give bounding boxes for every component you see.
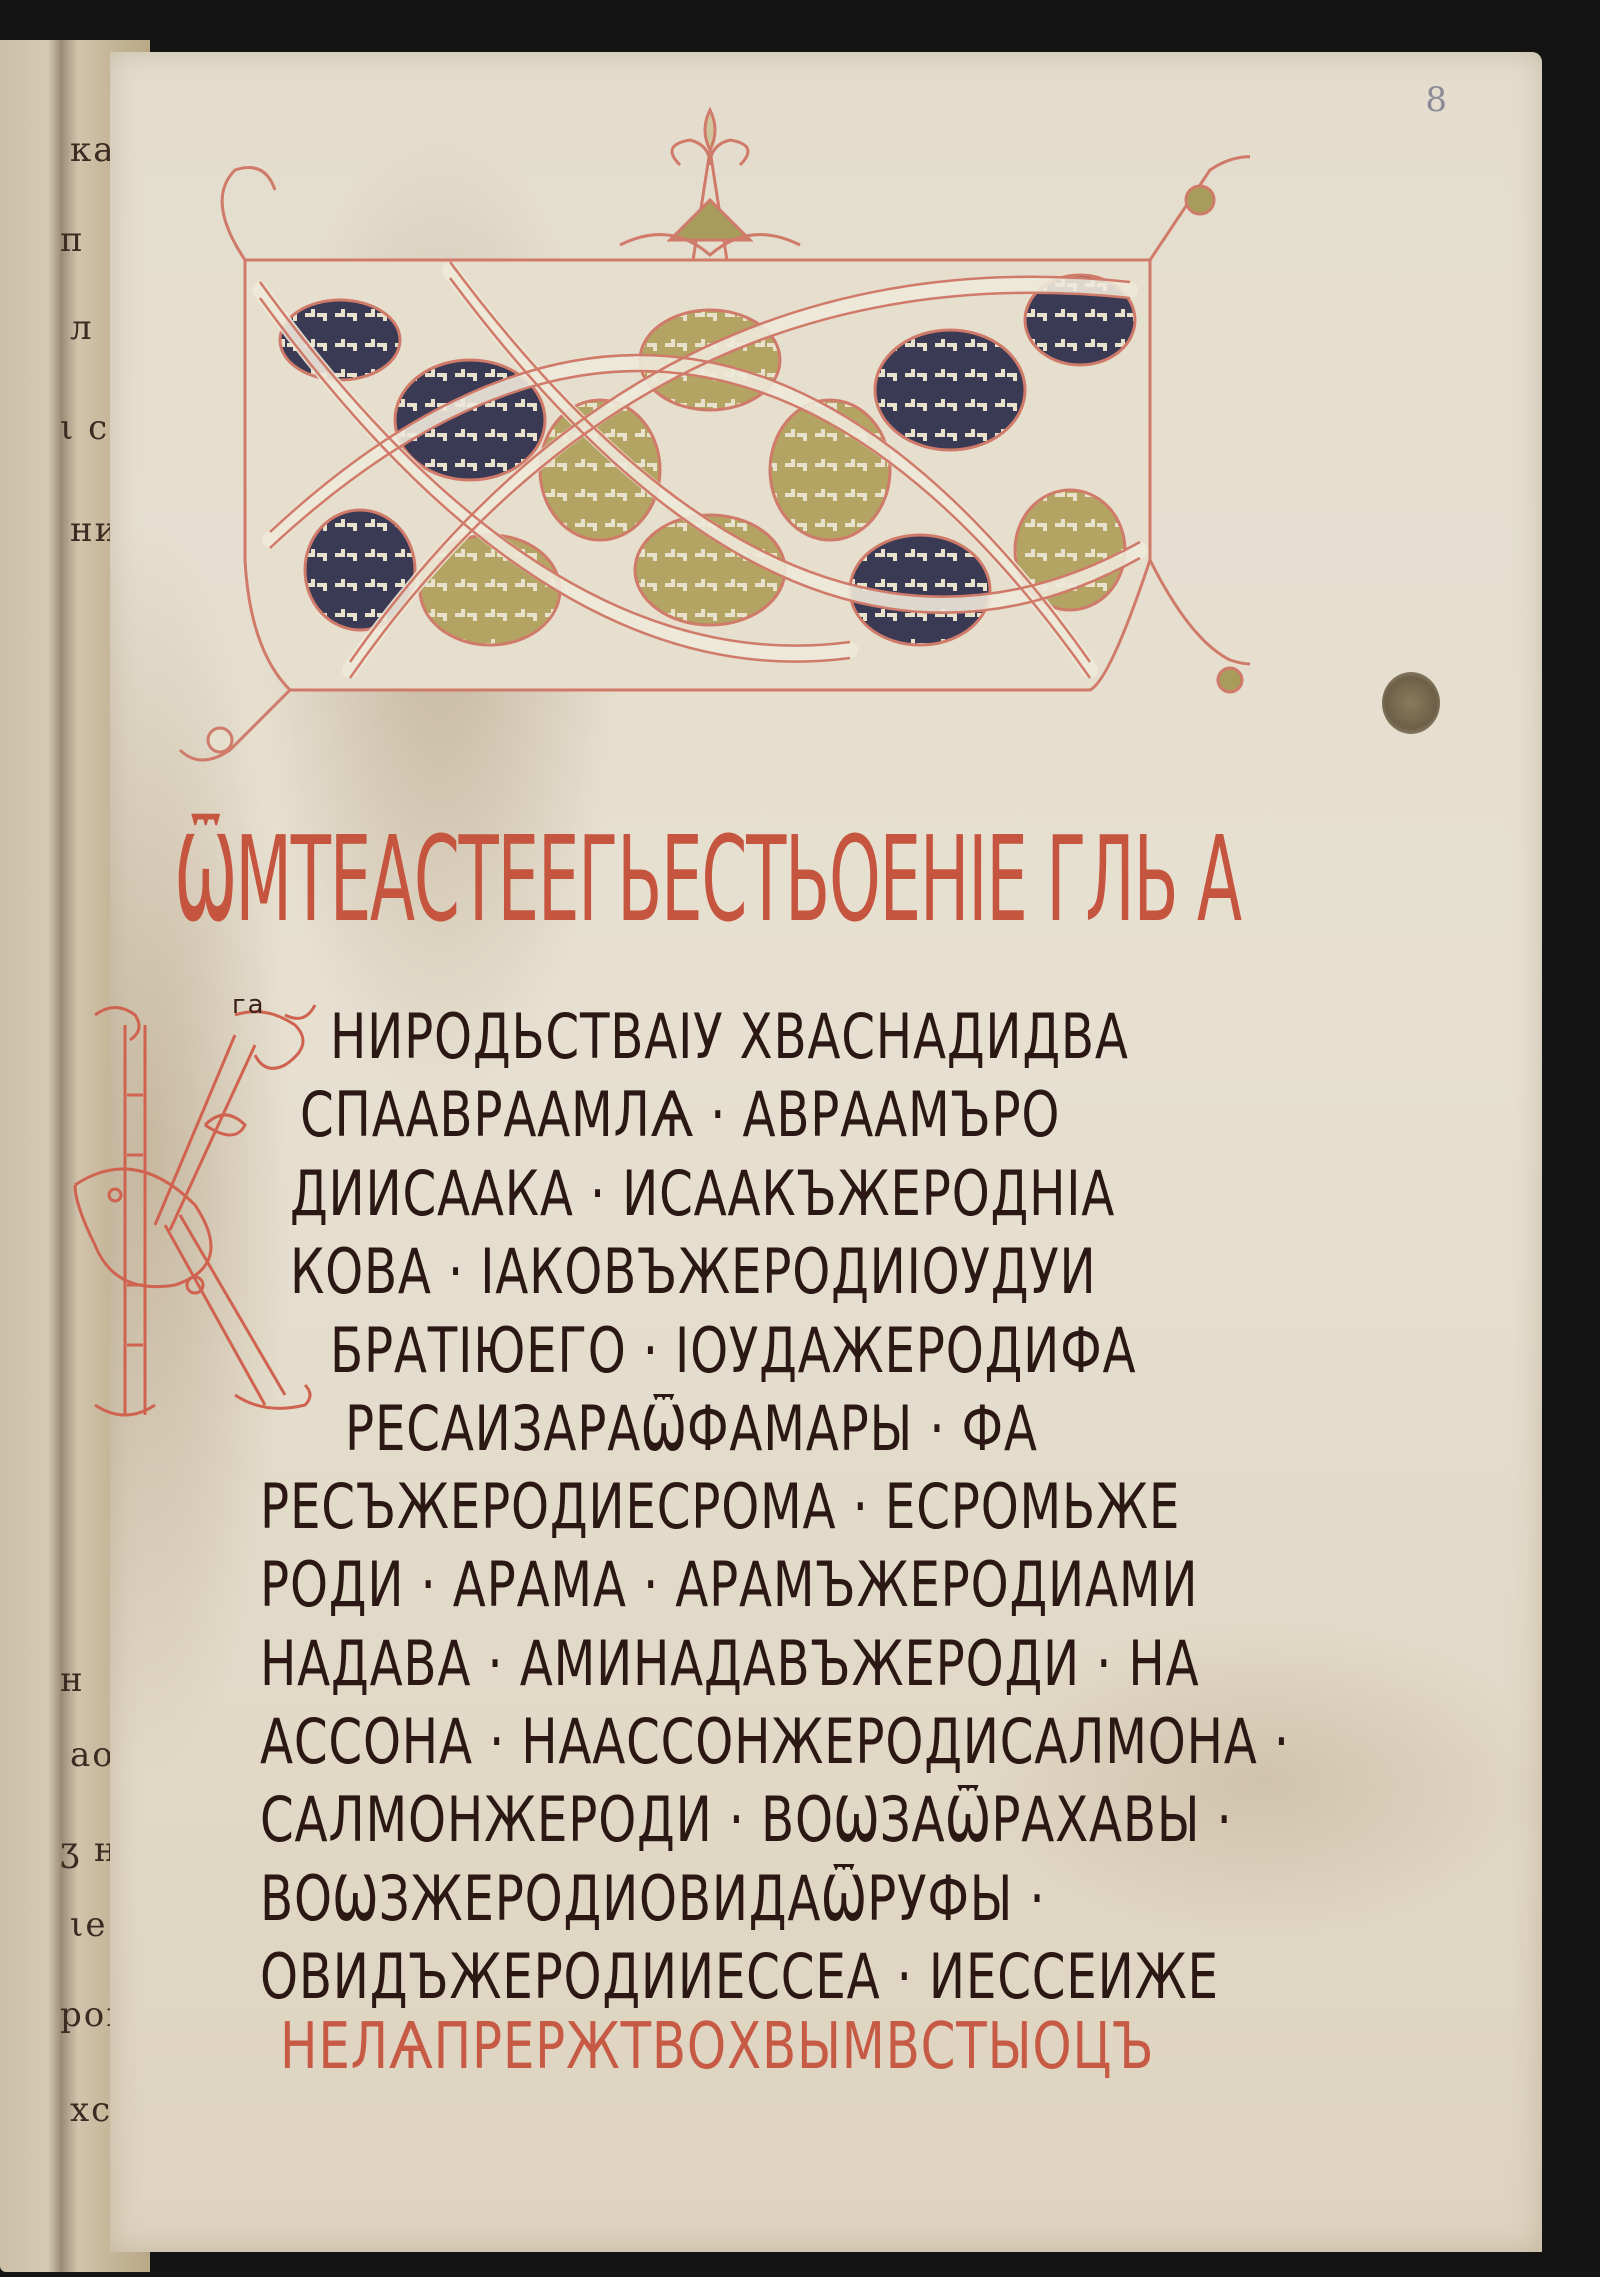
text-line: БРАТІЮЕГО · ІОУДАЖЕРОДИФА [330, 1314, 1136, 1387]
text-line: КОВА · ІАКОВЪЖЕРОДИІОУДУИ [290, 1235, 1097, 1308]
margin-fragment: н [60, 1660, 85, 1700]
text-line: НИРОДЬСТВАІУ ХВАСНАДИДВА [330, 1000, 1129, 1073]
title-text: ѾМТЕАСТЕЕГЬЕСТЬОЕНІЕ ГЛЬ А [175, 810, 1241, 948]
text-line: СПААВРААМЛѦ · АВРААМЪРО [300, 1078, 1060, 1151]
initial-k-icon [55, 995, 325, 1435]
text-line: РОДИ · АРАМА · АРАМЪЖЕРОДИАМИ [260, 1548, 1198, 1621]
margin-fragment: хс [70, 2090, 112, 2130]
margin-fragment: л [70, 308, 94, 348]
text-line: САЛМОНЖЕРОДИ · ВОѠЗАѾРАХАВЫ · [260, 1783, 1233, 1856]
text-line: ОВИДЪЖЕРОДИИЕССЕА · ИЕССЕИЖЕ [260, 1940, 1219, 2013]
text-line: РЕСАИЗАРАѾФАМАРЫ · ФА [345, 1392, 1038, 1465]
text-line: АССОНА · НААССОНЖЕРОДИСАЛМОНА · [260, 1705, 1290, 1778]
knotwork-icon [150, 90, 1250, 850]
margin-fragment: ка [70, 130, 116, 170]
folio-number: 8 [1425, 80, 1447, 120]
parchment-hole [1382, 672, 1440, 734]
headpiece-ornament [150, 90, 1250, 850]
text-line: ДИИСААКА · ИСААКЪЖЕРОДНІА [290, 1157, 1115, 1230]
margin-fragment: ι с [60, 408, 109, 448]
text-line: РЕСЪЖЕРОДИЕСРОМА · ЕСРОМЬЖЕ [260, 1470, 1180, 1543]
gospel-title: ѾМТЕАСТЕЕГЬЕСТЬОЕНІЕ ГЛЬ А [175, 820, 869, 938]
margin-fragment: п [60, 220, 85, 260]
text-line: НАДАВА · АМИНАДАВЪЖЕРОДИ · НА [260, 1627, 1199, 1700]
margin-fragment: ιе [70, 1905, 107, 1945]
ornamental-initial [55, 995, 325, 1435]
initial-superscript: га [232, 990, 266, 1020]
text-line: ВОѠЗЖЕРОДИОВИДАѾРУФЫ · [260, 1862, 1045, 1935]
rubric-line: НЕЛѦПРЕРЖТВОХВЫМВСТЫОЦЪ [280, 2010, 1154, 2084]
margin-fragment: ао [70, 1735, 115, 1775]
